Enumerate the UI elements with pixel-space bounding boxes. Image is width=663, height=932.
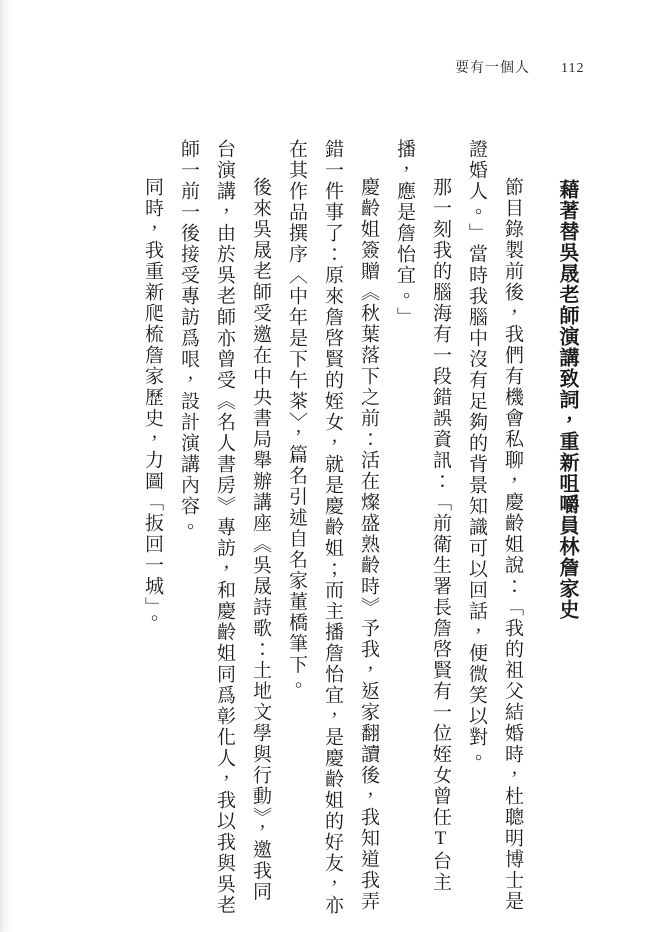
paragraph: 後來吳晟老師受邀在中央書局舉辦講座《吳晟詩歌：土地文學與行動》，邀我同台演講，由…: [170, 139, 278, 918]
page-number: 112: [561, 61, 584, 77]
paragraph: 那一刻我的腦海有一段錯誤資訊：「前衛生署長詹啓賢有一位姪女曾任T台主播，應是詹怡…: [386, 139, 458, 918]
book-page: { "colors": { "background": "#ffffff", "…: [0, 0, 663, 932]
article-title: 藉著替吳晟老師演講致詞，重新咀嚼員林詹家史: [549, 139, 585, 918]
running-head: 要有一個人: [455, 57, 530, 77]
paragraph: 節目錄製前後，我們有機會私聊，慶齡姐說：「我的祖父結婚時，杜聰明博士是證婚人。」…: [458, 139, 530, 918]
vertical-text-body: 藉著替吳晟老師演講致詞，重新咀嚼員林詹家史 節目錄製前後，我們有機會私聊，慶齡姐…: [134, 139, 585, 918]
page-header: 要有一個人 112: [455, 57, 584, 77]
paragraph: 慶齡姐簽贈《秋葉落下之前：活在燦盛熟齡時》予我，返家翻讀後，我知道我弄錯一件事了…: [278, 139, 386, 918]
paragraph: 同時，我重新爬梳詹家歷史，力圖「扳回一城」。: [134, 139, 170, 918]
